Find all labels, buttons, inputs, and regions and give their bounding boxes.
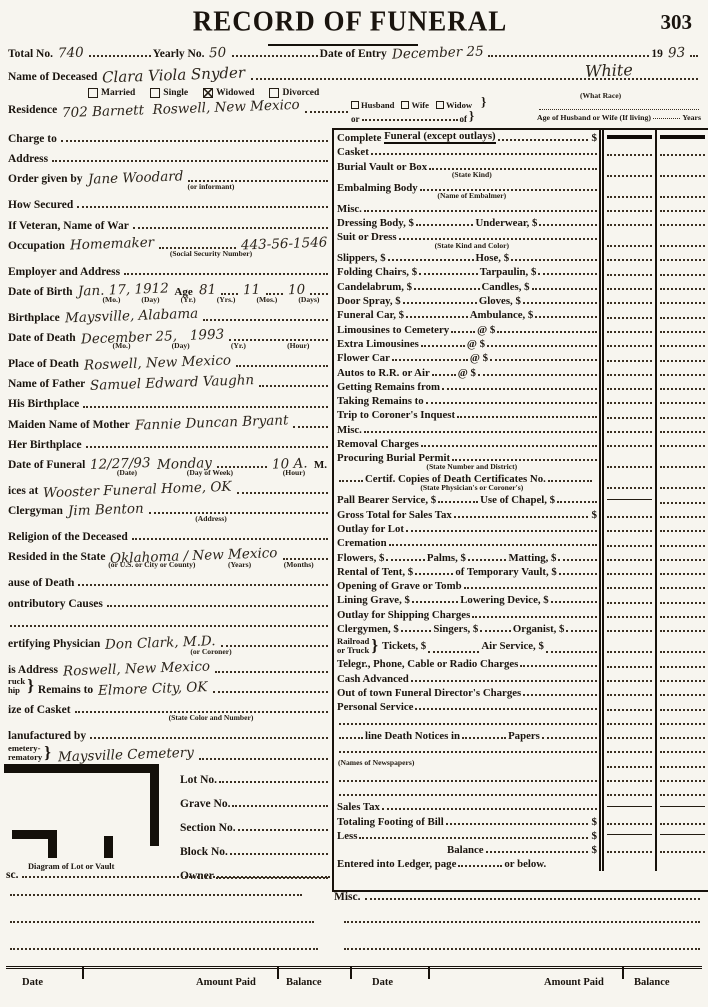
printed-text: Air Service, $ (481, 640, 543, 652)
dotted-leader (607, 317, 652, 319)
printed-text: Flower Car (337, 352, 390, 364)
dotted-leader (607, 559, 652, 561)
amount-cell-1 (599, 492, 655, 506)
form-field-row: Religion of the Deceased (8, 527, 330, 547)
form-field-main: Her Birthplace (8, 435, 330, 451)
dotted-leader (203, 319, 328, 321)
brace-glyph: } (371, 636, 378, 656)
dotted-leader (607, 530, 652, 532)
charge-label-main: Autos to R.R. or Air@ $ (337, 365, 599, 379)
dotted-leader (339, 723, 597, 725)
amount-cell-1 (599, 756, 655, 770)
charge-label-main: Telegr., Phone, Cable or Radio Charges (337, 656, 599, 670)
handwritten-entry: 11 (243, 284, 261, 298)
amount-cell-2 (655, 828, 708, 842)
printed-text: Entered into Ledger, page (337, 858, 456, 870)
field-label: Clergyman (8, 505, 63, 517)
amount-cell-1 (599, 742, 655, 756)
dotted-leader (607, 154, 652, 156)
dotted-leader (78, 584, 328, 586)
dotted-row (342, 948, 702, 953)
amount-cell-2 (655, 507, 708, 521)
form-field-row: Address (8, 149, 330, 169)
dotted-leader (607, 651, 652, 653)
charge-row: Railroador Truck}Tickets, $Air Service, … (334, 635, 708, 656)
handwritten-entry: Jane Woodard (87, 170, 183, 187)
dotted-leader (607, 302, 652, 304)
charge-caption: (State Kind) (452, 170, 492, 179)
dotted-leader (660, 502, 705, 504)
dotted-leader (401, 630, 432, 632)
charge-caption: (State Physician's or Coroner's) (420, 483, 523, 492)
printed-text: Trip to Coroner's Inquest (337, 409, 455, 421)
marital-option: Married (88, 88, 135, 98)
brace-glyph: } (481, 94, 486, 110)
dollar-sign: $ (592, 844, 598, 856)
dotted-leader (403, 302, 477, 304)
charge-row: line Death Notices inPapers (334, 728, 708, 742)
charge-label-main: Slippers, $Hose, $ (337, 250, 599, 264)
funeral-record-scan: RECORD OF FUNERAL 303 Total No. 740 Year… (0, 0, 708, 1007)
spouse-age-years: Years (682, 113, 701, 122)
printed-text: Use of Chapel, $ (480, 494, 555, 506)
form-field-row: Date of BirthJan. 17, 1912Age811110(Mo.)… (8, 282, 330, 308)
amount-cell-1 (599, 365, 655, 379)
amount-cell-1 (599, 180, 655, 201)
amount-cell-2 (655, 201, 708, 215)
field-label: Place of Death (8, 358, 79, 370)
ledger-column-header: Date (372, 977, 393, 988)
dotted-leader (607, 851, 652, 853)
charge-label-cell: Certif. Copies of Death Certificates No.… (334, 471, 599, 492)
dotted-leader (607, 630, 652, 632)
charge-row: Cremation (334, 535, 708, 549)
amount-cell-2 (655, 492, 708, 506)
form-field-row: ize of Casket(State Color and Number) (8, 700, 330, 726)
brace-line-text: hip (8, 686, 25, 695)
dotted-row (8, 894, 304, 899)
dotted-leader (607, 516, 652, 518)
handwritten-entry: 12/27/93 (90, 457, 151, 473)
deceased-name-value: Clara Viola Snyder (102, 66, 246, 86)
dotted-leader (660, 751, 705, 753)
dotted-leader (511, 259, 597, 261)
form-field-row: Resided in the StateOklahoma / New Mexic… (8, 547, 330, 573)
form-field-main: How Secured (8, 195, 330, 211)
dotted-leader (428, 651, 479, 653)
charge-row: Totaling Footing of Bill$ (334, 814, 708, 828)
amount-cell-1 (599, 201, 655, 215)
dollar-sign: $ (592, 816, 598, 828)
dotted-leader (464, 587, 597, 589)
printed-text: Misc. (337, 203, 362, 215)
ledger-column-header: Balance (634, 977, 670, 988)
dotted-leader (559, 573, 597, 575)
dotted-leader (551, 601, 597, 603)
amount-cell-1 (599, 507, 655, 521)
amount-cell-2 (655, 564, 708, 578)
dotted-leader (607, 587, 652, 589)
form-field-row: ertifying PhysicianDon Clark, M.D.(or Co… (8, 634, 330, 660)
charge-row: Opening of Grave or Tomb (334, 578, 708, 592)
amount-cell-2 (655, 799, 708, 813)
charge-row: Clergymen, $Singers, $Organist, $ (334, 621, 708, 635)
printed-text: Outlay for Lot (337, 523, 404, 535)
entry-numbers-row: Total No. 740 Yearly No. 50 Date of Entr… (8, 48, 700, 60)
charge-label-main: Misc. (337, 422, 599, 436)
charge-row: Personal Service (334, 699, 708, 713)
charge-label-cell: Balance$ (334, 842, 599, 856)
amount-cell-1 (599, 685, 655, 699)
printed-text: Lowering Device, $ (460, 594, 548, 606)
amount-cell-2 (655, 742, 708, 756)
form-field-row: ause of Death (8, 573, 330, 593)
amount-cell-2 (655, 578, 708, 592)
charge-label-main: Personal Service (337, 699, 599, 713)
residence-row: Residence 702 Barnett Roswell, New Mexic… (8, 104, 350, 116)
printed-text: Pall Bearer Service, $ (337, 494, 436, 506)
amount-cell-2 (655, 264, 708, 278)
printed-text: Telegr., Phone, Cable or Radio Charges (337, 658, 518, 670)
marital-option-label: Married (101, 88, 135, 98)
dotted-leader (607, 573, 652, 575)
dotted-leader (124, 273, 328, 275)
form-field-row: Place of DeathRoswell, New Mexico (8, 354, 330, 374)
printed-text: Underwear, $ (475, 217, 537, 229)
dotted-leader (486, 851, 588, 853)
amount-cell-2 (655, 714, 708, 728)
amount-cell-2 (655, 407, 708, 421)
printed-text: Complete (337, 132, 384, 144)
brace-label: Railroador Truck} (337, 636, 380, 656)
charge-label-main: Dressing Body, $Underwear, $ (337, 215, 599, 229)
printed-text: Casket (337, 146, 369, 158)
field-label: If Veteran, Name of War (8, 220, 129, 232)
amount-cell-1 (599, 130, 655, 144)
charge-label-cell: Totaling Footing of Bill$ (334, 814, 599, 828)
charge-label-main: Taking Remains to (337, 393, 599, 407)
amount-cell-1 (599, 635, 655, 656)
spouse-or-of-row: or of } (351, 110, 537, 124)
charge-row: Dressing Body, $Underwear, $ (334, 215, 708, 229)
printed-text: @ $ (458, 367, 476, 379)
dotted-leader (607, 402, 652, 404)
charge-row: Autos to R.R. or Air@ $ (334, 365, 708, 379)
printed-text: Gloves, $ (479, 295, 521, 307)
charge-label-cell: Gross Total for Sales Tax$ (334, 507, 599, 521)
charge-label-cell: Funeral Car, $Ambulance, $ (334, 307, 599, 321)
dotted-leader (660, 780, 705, 782)
handwritten-entry: 10 (288, 284, 306, 298)
charge-caption: (State Kind and Color) (435, 241, 509, 250)
dotted-leader (236, 365, 328, 367)
lot-field-row: Lot No. (180, 762, 330, 786)
misc-label: Misc. (334, 891, 361, 903)
amount-cell-1 (599, 814, 655, 828)
dotted-leader (660, 573, 705, 575)
residence-value: 702 Barnett Roswell, New Mexico (62, 98, 300, 120)
amount-cell-2 (655, 336, 708, 350)
ledger-column-header: Balance (286, 977, 322, 988)
amount-cell-2 (655, 535, 708, 549)
empty-checkbox-icon (269, 88, 279, 98)
charge-label-cell: Embalming Body(Name of Embalmer) (334, 180, 599, 201)
dotted-leader (607, 245, 652, 247)
charge-row: Entered into Ledger, pageor below. (334, 856, 708, 870)
field-label: Occupation (8, 240, 65, 252)
dotted-leader (607, 374, 652, 376)
charge-label-main: Trip to Coroner's Inquest (337, 407, 599, 421)
dotted-leader (107, 605, 328, 607)
dollar-sign: $ (592, 509, 598, 521)
handwritten-entry: Elmore City, OK (98, 681, 208, 698)
dotted-leader (660, 259, 705, 261)
year-prefix: 19 (651, 48, 663, 60)
checked-checkbox-icon (203, 88, 213, 98)
amount-cell-2 (655, 250, 708, 264)
dotted-leader (478, 374, 597, 376)
form-field-main: If Veteran, Name of War (8, 216, 330, 232)
amount-cell-2 (655, 671, 708, 685)
ruled-line (660, 834, 705, 835)
charge-label-cell: Outlay for Shipping Charges (334, 607, 599, 621)
form-field-row: Order given byJane Woodard(or informant) (8, 169, 330, 195)
dotted-leader (660, 823, 705, 825)
charge-label-cell: Out of town Funeral Director's Charges (334, 685, 599, 699)
dotted-leader (607, 823, 652, 825)
dotted-leader (406, 530, 597, 532)
dotted-leader (462, 737, 506, 739)
dotted-leader (660, 737, 705, 739)
dotted-leader (344, 921, 700, 923)
ledger-column-tick (622, 967, 624, 979)
amount-cell-1 (599, 785, 655, 799)
amount-cell-1 (599, 856, 655, 870)
date-of-entry-value: December 25 (392, 45, 484, 62)
handwritten-entry: Samuel Edward Vaughn (90, 374, 255, 393)
printed-text: Suit or Dress (337, 231, 397, 243)
form-field-row: ontributory Causes (8, 594, 330, 614)
dotted-leader (660, 545, 705, 547)
spouse-option-label: Husband (361, 100, 394, 110)
charge-label-main: Balance$ (337, 842, 599, 856)
spouse-or-label: or (351, 114, 360, 124)
dotted-leader (607, 259, 652, 261)
amount-cell-1 (599, 336, 655, 350)
charge-row: Less$ (334, 828, 708, 842)
printed-text: Embalming Body (337, 182, 418, 194)
dotted-leader (660, 388, 705, 390)
amount-cell-1 (599, 250, 655, 264)
dotted-leader (458, 865, 502, 867)
charge-label-main: line Death Notices inPapers (337, 728, 599, 742)
charge-row: Taking Remains to (334, 393, 708, 407)
charge-label-cell: Suit or Dress(State Kind and Color) (334, 229, 599, 250)
ruled-line (607, 806, 652, 807)
charge-label-main: Outlay for Shipping Charges (337, 607, 599, 621)
dotted-leader (607, 780, 652, 782)
charge-label-cell (334, 714, 599, 728)
dotted-leader (660, 224, 705, 226)
dotted-leader (660, 794, 705, 796)
dotted-leader (305, 111, 348, 113)
dotted-leader (660, 360, 705, 362)
charge-row (334, 785, 708, 799)
charge-row: Outlay for Shipping Charges (334, 607, 708, 621)
dotted-leader (77, 206, 328, 208)
field-label: lanufactured by (8, 730, 86, 742)
charge-row: Embalming Body(Name of Embalmer) (334, 180, 708, 201)
ruled-line (607, 834, 652, 835)
form-field-row: Charge to (8, 129, 330, 149)
lot-fields: Lot No.Grave No.Section No.Block No.Owne… (180, 762, 330, 882)
field-label: Religion of the Deceased (8, 531, 128, 543)
charge-row: Outlay for Lot (334, 521, 708, 535)
dotted-leader (339, 780, 597, 782)
dotted-leader (421, 445, 597, 447)
amount-cell-2 (655, 379, 708, 393)
dotted-leader (438, 501, 478, 503)
charge-label-cell (334, 771, 599, 785)
printed-text: @ $ (477, 324, 495, 336)
handwritten-entry: Don Clark, M.D. (105, 635, 216, 652)
amount-cell-1 (599, 564, 655, 578)
field-label: ize of Casket (8, 704, 71, 716)
residence-label: Residence (8, 104, 57, 116)
page-title: RECORD OF FUNERAL (120, 5, 580, 38)
charge-caption: (Names of Newspapers) (338, 758, 414, 767)
charge-row (334, 771, 708, 785)
amount-cell-2 (655, 393, 708, 407)
marital-option-label: Widowed (216, 88, 254, 98)
dotted-leader (607, 417, 652, 419)
printed-text: Less (337, 830, 357, 842)
dotted-leader (660, 317, 705, 319)
amount-cell-2 (655, 635, 708, 656)
amount-cell-1 (599, 799, 655, 813)
amount-cell-1 (599, 714, 655, 728)
field-label: Date of Death (8, 332, 76, 344)
amount-cell-2 (655, 279, 708, 293)
marital-option: Widowed (203, 88, 254, 98)
charge-label-main (337, 785, 599, 799)
dotted-leader (415, 573, 453, 575)
charge-row (334, 714, 708, 728)
dotted-leader (660, 402, 705, 404)
dotted-leader (607, 694, 652, 696)
form-field-row: Her Birthplace (8, 435, 330, 455)
year-value: 93 (668, 46, 686, 60)
charge-label-cell: Casket (334, 144, 599, 158)
charge-label-cell: Limousines to Cemetery@ $ (334, 322, 599, 336)
empty-checkbox-icon (401, 101, 409, 109)
dotted-leader (442, 388, 597, 390)
dotted-leader (660, 666, 705, 668)
field-label: is Address (8, 664, 58, 676)
charge-row: Folding Chairs, $Tarpaulin, $ (334, 264, 708, 278)
charge-row: Casket (334, 144, 708, 158)
amount-cell-1 (599, 144, 655, 158)
printed-text: Cash Advanced (337, 673, 409, 685)
printed-text: Gross Total for Sales Tax (337, 509, 452, 521)
printed-text: Autos to R.R. or Air (337, 367, 430, 379)
amount-cell-2 (655, 592, 708, 606)
charge-label-main: Casket (337, 144, 599, 158)
spouse-status-block: HusbandWifeWidow} or of } (351, 96, 537, 124)
handwritten-entry: Monday (157, 457, 212, 472)
name-label: Name of Deceased (8, 71, 97, 83)
printed-text: Candles, $ (482, 281, 530, 293)
handwritten-entry: Roswell, New Mexico (84, 354, 231, 373)
field-label: Charge to (8, 133, 57, 145)
amount-cell-2 (655, 159, 708, 180)
dotted-leader (10, 921, 314, 923)
charge-label-main: Pall Bearer Service, $Use of Chapel, $ (337, 492, 599, 506)
form-field-row: lanufactured by (8, 726, 330, 746)
amount-cell-1 (599, 450, 655, 471)
form-field-row: OccupationHomemaker443-56-1546(Social Se… (8, 236, 330, 262)
printed-text: Flowers, $ (337, 552, 384, 564)
form-field-main: Address (8, 149, 330, 165)
charge-row: Limousines to Cemetery@ $ (334, 322, 708, 336)
form-field-main (8, 614, 330, 630)
charge-label-cell: Candelabrum, $Candles, $ (334, 279, 599, 293)
charge-row: Misc. (334, 422, 708, 436)
dotted-leader (497, 331, 597, 333)
dotted-leader (446, 823, 588, 825)
charge-label-main: Sales Tax (337, 799, 599, 813)
ledger-column-header: Date (22, 977, 43, 988)
charge-row: Balance$ (334, 842, 708, 856)
charge-row: (Names of Newspapers) (334, 756, 708, 770)
charge-row: Funeral Car, $Ambulance, $ (334, 307, 708, 321)
dotted-leader (149, 512, 328, 514)
charge-label-main: Totaling Footing of Bill$ (337, 814, 599, 828)
printed-text: Candelabrum, $ (337, 281, 412, 293)
form-field-row: If Veteran, Name of War (8, 216, 330, 236)
dotted-leader (542, 737, 597, 739)
dotted-leader (660, 210, 705, 212)
dotted-leader (454, 516, 588, 518)
field-caption: (Yr.) (181, 295, 196, 304)
dotted-leader (61, 140, 328, 142)
dotted-leader (539, 100, 699, 110)
form-field-main: His Birthplace (8, 395, 330, 411)
charge-row: Pall Bearer Service, $Use of Chapel, $ (334, 492, 708, 506)
charge-caption: (Name of Embalmer) (437, 191, 506, 200)
field-caption: (Yr.) (231, 341, 246, 350)
printed-text: or below. (504, 858, 546, 870)
charge-row: Getting Remains from (334, 379, 708, 393)
dotted-leader (386, 559, 425, 561)
charge-label-cell: Pall Bearer Service, $Use of Chapel, $ (334, 492, 599, 506)
amount-cell-2 (655, 450, 708, 471)
dotted-leader (660, 445, 705, 447)
charge-row: Misc. (334, 201, 708, 215)
field-label: ices at (8, 485, 38, 497)
dotted-leader (213, 691, 328, 693)
form-field-main: Charge to (8, 129, 330, 145)
dotted-leader (10, 894, 302, 896)
dotted-leader (523, 694, 597, 696)
dotted-leader (414, 288, 480, 290)
form-field-row: Date of Funeral12/27/93Monday10 A.M.(Dat… (8, 455, 330, 481)
field-label: Remains to (38, 684, 93, 696)
charge-label-main: Flower Car@ $ (337, 350, 599, 364)
charge-label-main: Less$ (337, 828, 599, 842)
dotted-leader (472, 616, 597, 618)
handwritten-entry: 443-56-1546 (240, 237, 327, 254)
